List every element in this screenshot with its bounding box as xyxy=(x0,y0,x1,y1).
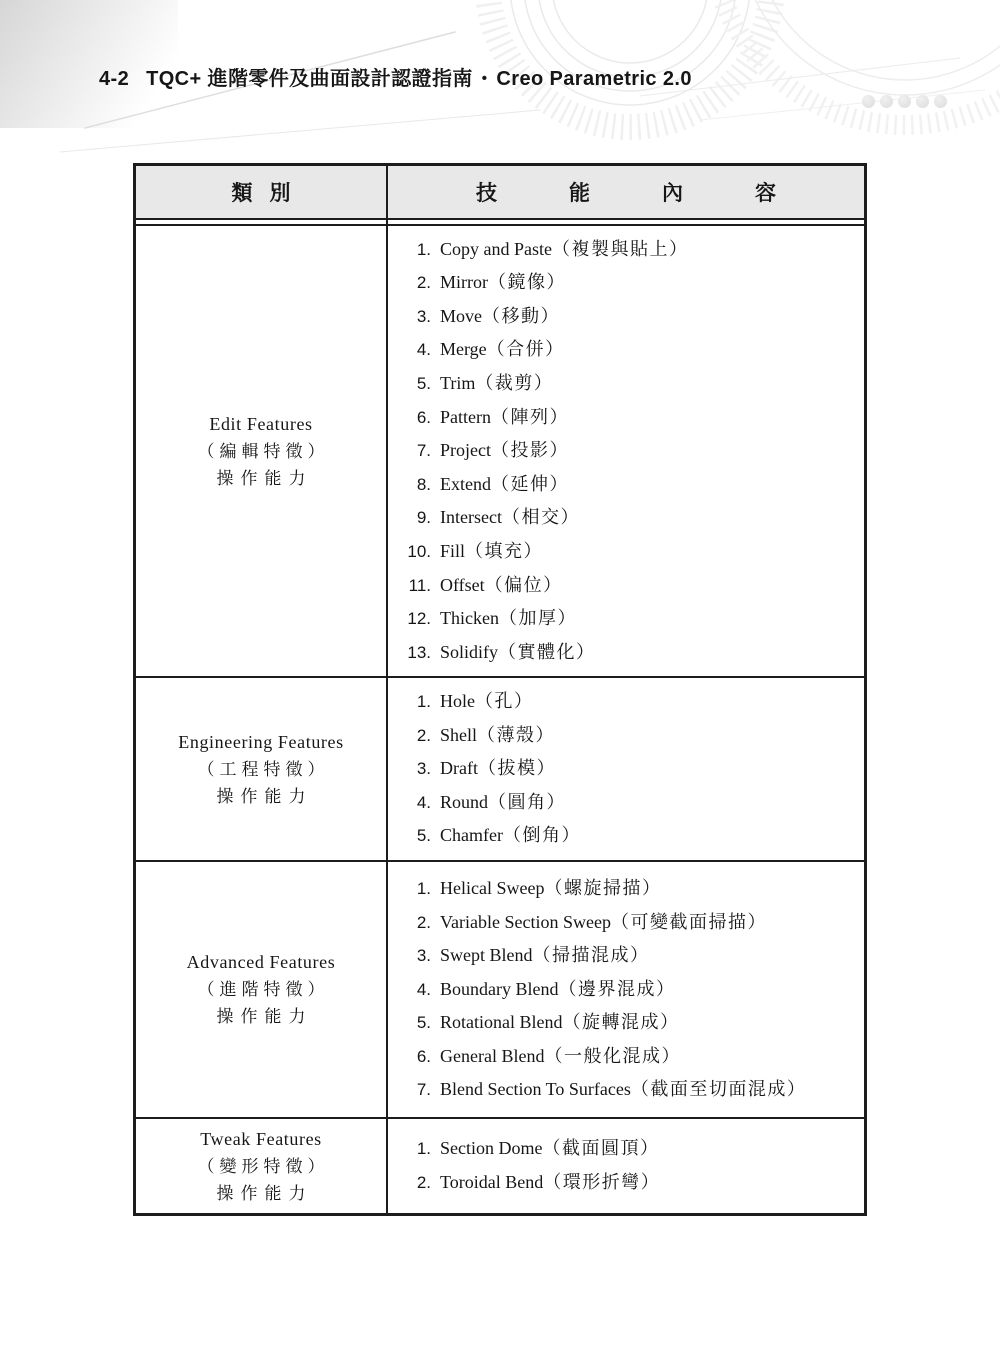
item-number: 4. xyxy=(394,333,431,367)
skill-item: 3.Move（移動） xyxy=(394,300,858,334)
skill-item: 3.Draft（拔模） xyxy=(394,752,858,786)
skill-item: 6.Pattern（陣列） xyxy=(394,401,858,435)
item-number: 1. xyxy=(394,685,431,719)
item-name-zh: （掃描混成） xyxy=(533,939,650,973)
skill-item: 4.Merge（合併） xyxy=(394,333,858,367)
item-number: 3. xyxy=(394,939,431,973)
item-name-zh: （偏位） xyxy=(485,569,563,603)
column-header-category: 類別 xyxy=(136,166,388,218)
item-name-zh: （實體化） xyxy=(498,636,596,670)
item-name-en: Boundary Blend xyxy=(440,973,559,1007)
item-name-zh: （截面圓頂） xyxy=(542,1132,659,1166)
item-number: 6. xyxy=(394,1040,431,1074)
dot-icon xyxy=(880,95,893,108)
dot-icon xyxy=(862,95,875,108)
item-number: 7. xyxy=(394,1073,431,1107)
item-number: 4. xyxy=(394,786,431,820)
category-suffix: 操作能力 xyxy=(210,783,313,810)
item-name-en: Hole xyxy=(440,685,475,719)
skill-item: 2.Mirror（鏡像） xyxy=(394,266,858,300)
item-name-en: Trim xyxy=(440,367,475,401)
skill-item: 1.Copy and Paste（複製與貼上） xyxy=(394,233,858,267)
category-suffix: 操作能力 xyxy=(210,1180,313,1207)
skill-item: 6.General Blend（一般化混成） xyxy=(394,1040,858,1074)
table-row: Tweak Features（變形特徵）操作能力1.Section Dome（截… xyxy=(136,1119,864,1213)
item-name-zh: （鏡像） xyxy=(488,266,566,300)
item-number: 5. xyxy=(394,367,431,401)
table-row: Edit Features（編輯特徵）操作能力1.Copy and Paste（… xyxy=(136,226,864,678)
item-number: 2. xyxy=(394,906,431,940)
item-number: 3. xyxy=(394,752,431,786)
skill-item: 1.Helical Sweep（螺旋掃描） xyxy=(394,872,858,906)
item-name-zh: （倒角） xyxy=(503,819,581,853)
category-name-zh: （變形特徵） xyxy=(193,1153,330,1180)
skills-cell: 1.Hole（孔）2.Shell（薄殼）3.Draft（拔模）4.Round（圓… xyxy=(388,678,864,860)
dot-icon xyxy=(934,95,947,108)
skill-item: 2.Shell（薄殼） xyxy=(394,719,858,753)
item-name-en: Thicken xyxy=(440,602,499,636)
item-name-zh: （相交） xyxy=(502,501,580,535)
item-name-zh: （移動） xyxy=(482,300,560,334)
category-name-zh: （編輯特徵） xyxy=(193,438,330,465)
item-name-en: Merge xyxy=(440,333,487,367)
category-name-zh: （工程特徵） xyxy=(193,756,330,783)
item-name-en: Chamfer xyxy=(440,819,503,853)
skill-item: 1.Section Dome（截面圓頂） xyxy=(394,1132,858,1166)
skill-item: 1.Hole（孔） xyxy=(394,685,858,719)
item-name-zh: （螺旋掃描） xyxy=(544,872,661,906)
item-name-en: Offset xyxy=(440,569,485,603)
skills-table: 類別 技能內容 Edit Features（編輯特徵）操作能力1.Copy an… xyxy=(133,163,867,1216)
item-name-en: Rotational Blend xyxy=(440,1006,562,1040)
category-cell: Edit Features（編輯特徵）操作能力 xyxy=(136,226,388,676)
item-number: 2. xyxy=(394,266,431,300)
item-number: 6. xyxy=(394,401,431,435)
table-row: Advanced Features（進階特徵）操作能力1.Helical Swe… xyxy=(136,862,864,1119)
skill-item: 10.Fill（填充） xyxy=(394,535,858,569)
item-name-zh: （陣列） xyxy=(491,401,569,435)
item-name-en: Section Dome xyxy=(440,1132,542,1166)
item-number: 11. xyxy=(394,569,431,603)
item-number: 1. xyxy=(394,1132,431,1166)
book-title: TQC+ 進階零件及曲面設計認證指南 xyxy=(146,68,473,90)
column-header-skills: 技能內容 xyxy=(388,166,864,218)
skill-item: 7.Blend Section To Surfaces（截面至切面混成） xyxy=(394,1073,858,1107)
skill-item: 4.Boundary Blend（邊界混成） xyxy=(394,973,858,1007)
item-name-zh: （一般化混成） xyxy=(544,1040,681,1074)
item-name-zh: （截面至切面混成） xyxy=(631,1073,807,1107)
skill-item: 9.Intersect（相交） xyxy=(394,501,858,535)
item-number: 5. xyxy=(394,819,431,853)
dot-icon xyxy=(916,95,929,108)
item-name-zh: （孔） xyxy=(475,685,534,719)
item-name-zh: （延伸） xyxy=(491,468,569,502)
item-number: 10. xyxy=(394,535,431,569)
item-name-zh: （旋轉混成） xyxy=(562,1006,679,1040)
item-name-zh: （邊界混成） xyxy=(559,973,676,1007)
item-name-zh: （裁剪） xyxy=(475,367,553,401)
table-header-row: 類別 技能內容 xyxy=(136,166,864,220)
category-name-en: Engineering Features xyxy=(178,729,343,756)
item-name-zh: （合併） xyxy=(487,333,565,367)
item-name-en: Round xyxy=(440,786,488,820)
category-suffix: 操作能力 xyxy=(210,465,313,492)
item-name-en: Move xyxy=(440,300,482,334)
category-name-zh: （進階特徵） xyxy=(193,976,330,1003)
skills-cell: 1.Section Dome（截面圓頂）2.Toroidal Bend（環形折彎… xyxy=(388,1119,864,1213)
skill-item: 2.Toroidal Bend（環形折彎） xyxy=(394,1166,858,1200)
category-name-en: Tweak Features xyxy=(200,1126,322,1153)
item-name-en: Extend xyxy=(440,468,491,502)
item-name-en: Draft xyxy=(440,752,478,786)
item-name-en: Variable Section Sweep xyxy=(440,906,611,940)
page-header: 4-2TQC+ 進階零件及曲面設計認證指南•Creo Parametric 2.… xyxy=(99,62,692,91)
item-name-zh: （投影） xyxy=(491,434,569,468)
category-cell: Advanced Features（進階特徵）操作能力 xyxy=(136,862,388,1117)
skills-cell: 1.Copy and Paste（複製與貼上）2.Mirror（鏡像）3.Mov… xyxy=(388,226,864,676)
skill-item: 8.Extend（延伸） xyxy=(394,468,858,502)
page-number: 4-2 xyxy=(99,68,129,90)
header-double-rule xyxy=(136,220,864,224)
item-number: 1. xyxy=(394,872,431,906)
category-name-en: Edit Features xyxy=(209,411,312,438)
item-name-en: Mirror xyxy=(440,266,488,300)
item-number: 8. xyxy=(394,468,431,502)
item-name-en: Toroidal Bend xyxy=(440,1166,543,1200)
skill-item: 5.Chamfer（倒角） xyxy=(394,819,858,853)
item-number: 13. xyxy=(394,636,431,670)
item-name-en: Swept Blend xyxy=(440,939,533,973)
category-name-en: Advanced Features xyxy=(187,949,336,976)
skill-item: 13.Solidify（實體化） xyxy=(394,636,858,670)
category-cell: Tweak Features（變形特徵）操作能力 xyxy=(136,1119,388,1213)
item-number: 4. xyxy=(394,973,431,1007)
item-name-en: Intersect xyxy=(440,501,502,535)
skill-item: 5.Rotational Blend（旋轉混成） xyxy=(394,1006,858,1040)
item-name-en: Fill xyxy=(440,535,465,569)
item-name-en: Helical Sweep xyxy=(440,872,544,906)
item-name-zh: （圓角） xyxy=(488,786,566,820)
item-name-zh: （可變截面掃描） xyxy=(611,906,767,940)
skill-item: 3.Swept Blend（掃描混成） xyxy=(394,939,858,973)
category-cell: Engineering Features（工程特徵）操作能力 xyxy=(136,678,388,860)
item-name-en: Solidify xyxy=(440,636,498,670)
dot-icon xyxy=(898,95,911,108)
item-number: 12. xyxy=(394,602,431,636)
item-name-zh: （拔模） xyxy=(478,752,556,786)
item-name-en: Pattern xyxy=(440,401,491,435)
item-name-en: Copy and Paste xyxy=(440,233,552,267)
item-name-zh: （加厚） xyxy=(499,602,577,636)
page-corner-dots-icon xyxy=(862,95,947,108)
skills-cell: 1.Helical Sweep（螺旋掃描）2.Variable Section … xyxy=(388,862,864,1117)
item-name-zh: （填充） xyxy=(465,535,543,569)
skill-item: 7.Project（投影） xyxy=(394,434,858,468)
item-number: 2. xyxy=(394,719,431,753)
item-name-en: Project xyxy=(440,434,491,468)
item-name-en: Blend Section To Surfaces xyxy=(440,1073,631,1107)
item-number: 1. xyxy=(394,233,431,267)
item-number: 9. xyxy=(394,501,431,535)
item-number: 5. xyxy=(394,1006,431,1040)
skill-item: 4.Round（圓角） xyxy=(394,786,858,820)
item-name-en: General Blend xyxy=(440,1040,544,1074)
item-number: 7. xyxy=(394,434,431,468)
table-row: Engineering Features（工程特徵）操作能力1.Hole（孔）2… xyxy=(136,678,864,862)
skill-item: 2.Variable Section Sweep（可變截面掃描） xyxy=(394,906,858,940)
item-name-en: Shell xyxy=(440,719,477,753)
item-number: 3. xyxy=(394,300,431,334)
table-body: Edit Features（編輯特徵）操作能力1.Copy and Paste（… xyxy=(136,224,864,1213)
skill-item: 5.Trim（裁剪） xyxy=(394,367,858,401)
category-suffix: 操作能力 xyxy=(210,1003,313,1030)
item-name-zh: （環形折彎） xyxy=(543,1166,660,1200)
skill-item: 11.Offset（偏位） xyxy=(394,569,858,603)
item-number: 2. xyxy=(394,1166,431,1200)
product-name: Creo Parametric 2.0 xyxy=(496,68,691,90)
item-name-zh: （複製與貼上） xyxy=(552,233,689,267)
skill-item: 12.Thicken（加厚） xyxy=(394,602,858,636)
bullet-separator-icon: • xyxy=(482,70,488,87)
item-name-zh: （薄殼） xyxy=(477,719,555,753)
